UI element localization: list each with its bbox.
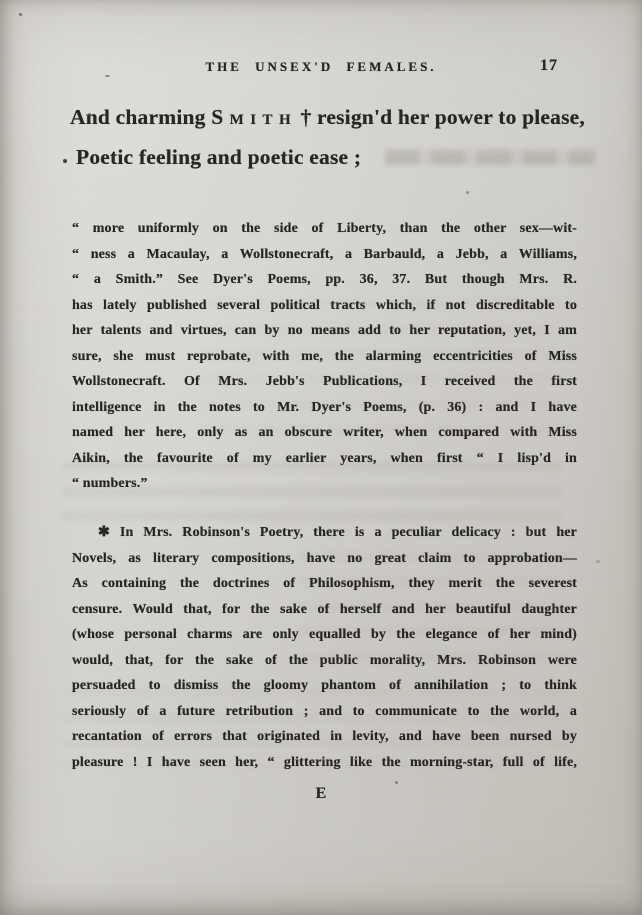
footnote-line: sure, she must reprobate, with me, the a… (72, 344, 577, 370)
footnote-line: As containing the doctrines of Philosoph… (72, 571, 577, 597)
footnote-line: has lately published several political t… (72, 293, 577, 319)
page-number: 17 (540, 57, 558, 75)
verse-smith-name: Smith (211, 105, 297, 129)
footnote-line: Wollstonecraft. Of Mrs. Jebb's Publicati… (72, 369, 577, 395)
footnote-line: intelligence in the notes to Mr. Dyer's … (72, 395, 577, 421)
footnote-line: (whose personal charms are only equalled… (72, 622, 577, 648)
ink-speck (395, 781, 398, 784)
footnote-line: “ a Smith.” See Dyer's Poems, pp. 36, 37… (72, 267, 577, 293)
footnote-line: Novels, as literary compositions, have n… (72, 546, 577, 572)
footnote-line: “ numbers.” (72, 471, 577, 497)
ink-speck (596, 560, 600, 563)
verse-line-1: And charming Smith † resign'd her power … (70, 105, 585, 130)
verse-line-1-suffix: † resign'd her power to please, (295, 105, 585, 129)
footnote-line: seriously of a future retribution ; and … (72, 699, 577, 725)
verse-line-1-prefix: And charming (70, 105, 211, 129)
book-page-scan: THE UNSEX'D FEMALES. 17 And charming Smi… (0, 0, 642, 915)
footnote-robinson: ✱ In Mrs. Robinson's Poetry, there is a … (72, 520, 577, 775)
footnote-line: pleasure ! I have seen her, “ glittering… (72, 750, 577, 776)
signature-mark: E (0, 785, 642, 803)
footnote-continuation: “ more uniformly on the side of Liberty,… (72, 216, 577, 497)
ink-speck (19, 13, 22, 16)
footnote-line: Aikin, the favourite of my earlier years… (72, 446, 577, 472)
footnote-line: “ ness a Macaulay, a Wollstonecraft, a B… (72, 242, 577, 268)
ink-speck (466, 191, 469, 194)
ink-speck (105, 75, 110, 77)
footnote-line: would, that, for the sake of the public … (72, 648, 577, 674)
footnote-line: her talents and virtues, can by no means… (72, 318, 577, 344)
footnote-line: censure. Would that, for the sake of her… (72, 597, 577, 623)
verse-line-2: Poetic feeling and poetic ease ; (76, 145, 361, 170)
footnote-line: recantation of errors that originated in… (72, 724, 577, 750)
footnote-line: named her here, only as an obscure write… (72, 420, 577, 446)
footnote-line: ✱ In Mrs. Robinson's Poetry, there is a … (72, 520, 577, 546)
footnote-line: persuaded to dismiss the gloomy phantom … (72, 673, 577, 699)
ink-speck (63, 159, 67, 163)
showthrough-smudge (385, 150, 595, 165)
footnote-line: “ more uniformly on the side of Liberty,… (72, 216, 577, 242)
